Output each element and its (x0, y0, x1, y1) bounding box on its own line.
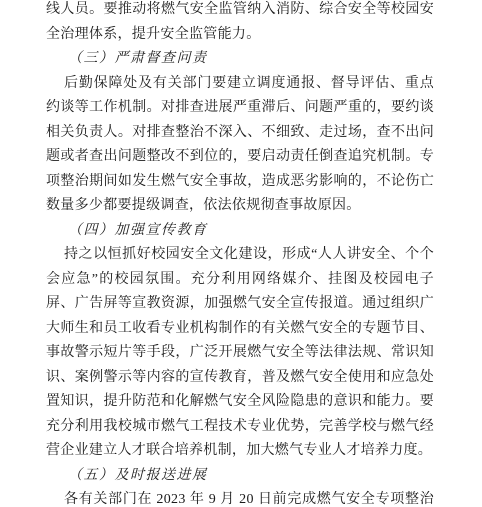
paragraph-progress-report-truncated: 各有关部门在 2023 年 9 月 20 日前完成燃气安全专项整治 (46, 488, 434, 507)
paragraph-continuation: 线人员。要推动将燃气安全监管纳入消防、综合安全等校园安全治理体系，提升安全监管能… (46, 0, 434, 47)
section-heading-3: （三）严肃督查问责 (46, 47, 434, 72)
document-text-block: 线人员。要推动将燃气安全监管纳入消防、综合安全等校园安全治理体系，提升安全监管能… (46, 0, 434, 507)
paragraph-supervision-accountability: 后勤保障处及有关部门要建立调度通报、督导评估、重点约谈等工作机制。对排查进展严重… (46, 72, 434, 219)
document-page: { "page": { "background_color": "#ffffff… (0, 0, 482, 507)
paragraph-publicity-education: 持之以恒抓好校园安全文化建设，形成“人人讲安全、个个会应急”的校园氛围。充分利用… (46, 243, 434, 464)
section-heading-5: （五）及时报送进展 (46, 464, 434, 489)
document-content-area: 线人员。要推动将燃气安全监管纳入消防、综合安全等校园安全治理体系，提升安全监管能… (0, 0, 482, 507)
section-heading-4: （四）加强宣传教育 (46, 219, 434, 244)
